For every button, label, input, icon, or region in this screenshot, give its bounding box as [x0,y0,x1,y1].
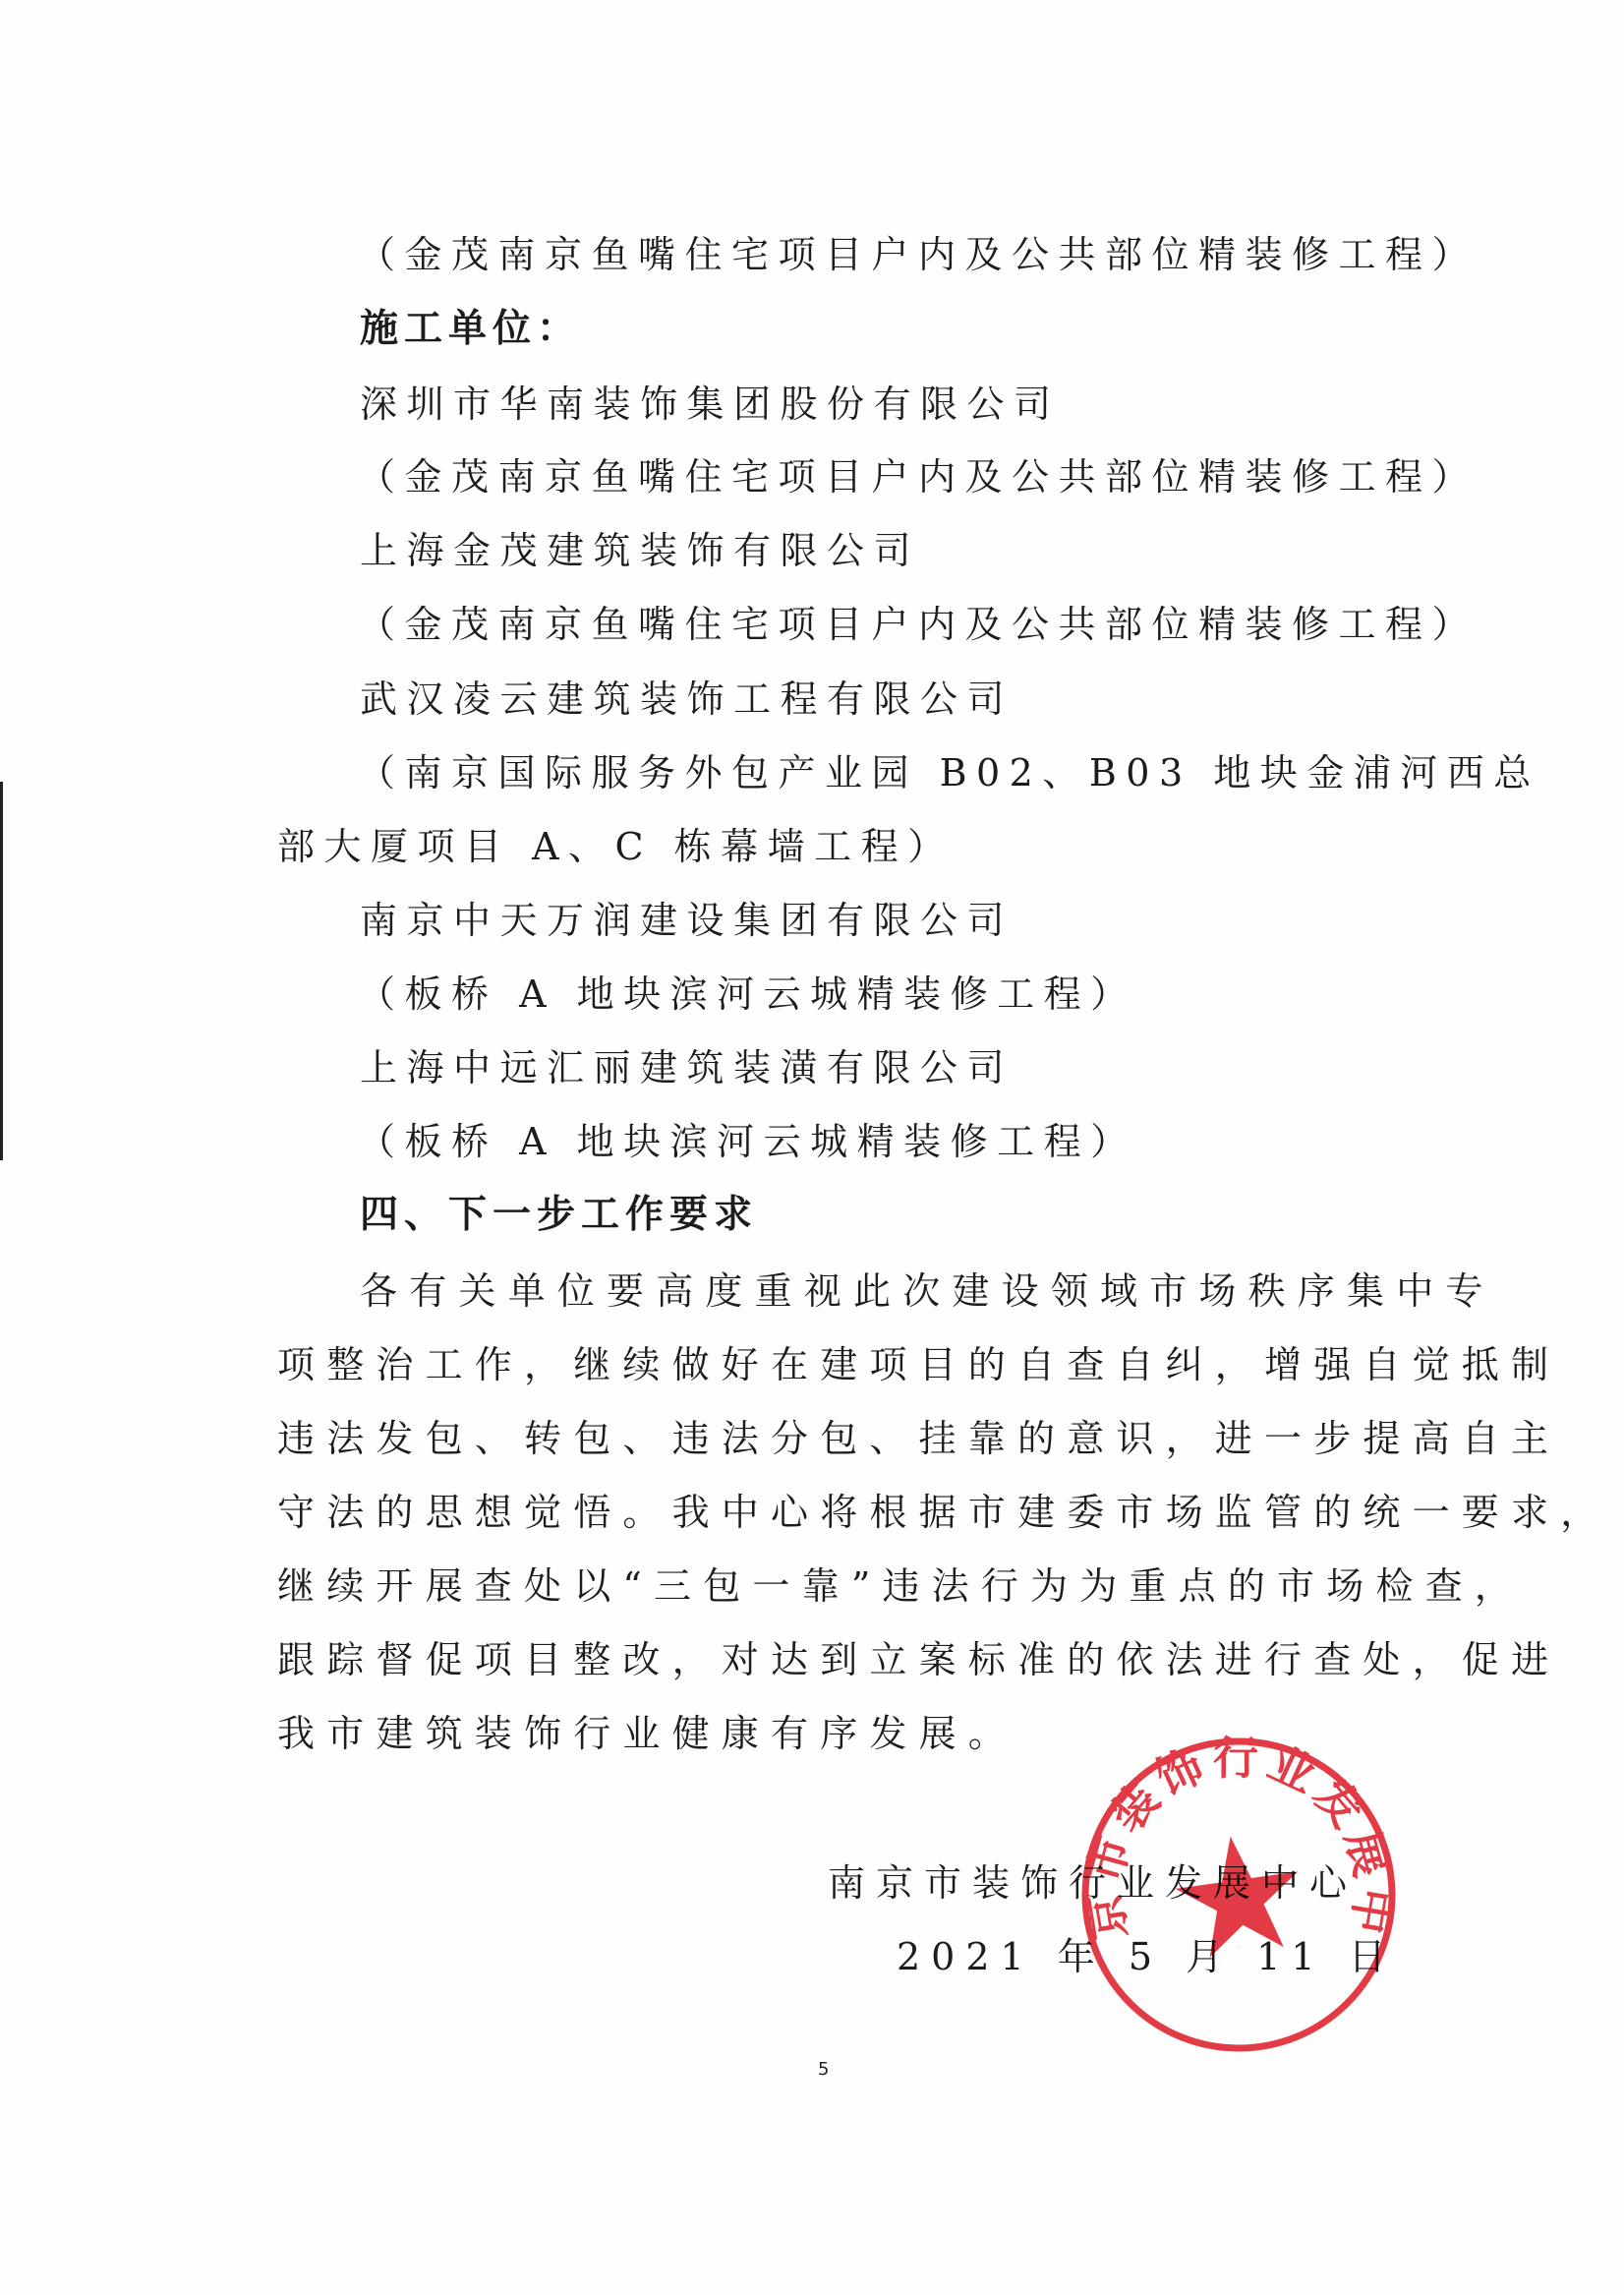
star-icon [1169,1828,1307,1961]
project-line: （金茂南京鱼嘴住宅项目户内及公共部位精装修工程） [358,454,1479,500]
official-seal: 南京市装饰行业发展中心 [1076,1733,1401,2057]
paragraph-line: 各有关单位要高度重视此次建设领域市场秩序集中专 [360,1268,1495,1314]
project-line: （板桥 A 地块滨河云城精装修工程） [358,1119,1137,1164]
paragraph-line: 继续开展查处以“三包一靠”违法行为为重点的市场检查， [277,1563,1524,1609]
paragraph-line: 违法发包、转包、违法分包、挂靠的意识，进一步提高自主 [277,1416,1560,1461]
project-line: （金茂南京鱼嘴住宅项目户内及公共部位精装修工程） [358,602,1479,647]
project-line: （南京国际服务外包产业园 B02、B03 地块金浦河西总 [358,750,1540,795]
section-heading-contractors: 施工单位： [360,307,581,352]
paragraph-line: 项整治工作，继续做好在建项目的自查自纠，增强自觉抵制 [277,1342,1560,1387]
scan-edge-divider [0,782,3,1160]
paragraph-line: 守法的思想觉悟。我中心将根据市建委市场监管的统一要求， [277,1490,1609,1535]
page-number: 5 [818,2059,829,2080]
paragraph-line: 跟踪督促项目整改，对达到立案标准的依法进行查处，促进 [277,1637,1560,1682]
document-page: （金茂南京鱼嘴住宅项目户内及公共部位精装修工程） 施工单位： 深圳市华南装饰集团… [0,0,1624,2295]
section-heading-next-steps: 四、下一步工作要求 [360,1193,758,1238]
paragraph-line: 我市建筑装饰行业健康有序发展。 [277,1711,1017,1756]
project-line-continuation: 部大厦项目 A、C 栋幕墙工程） [277,824,955,869]
company-line: 武汉凌云建筑装饰工程有限公司 [360,677,1014,722]
project-line: （金茂南京鱼嘴住宅项目户内及公共部位精装修工程） [358,232,1479,277]
company-line: 南京中天万润建设集团有限公司 [360,898,1014,943]
company-line: 深圳市华南装饰集团股份有限公司 [360,382,1061,427]
company-line: 上海中远汇丽建筑装潢有限公司 [360,1045,1014,1090]
company-line: 上海金茂建筑装饰有限公司 [360,528,920,573]
project-line: （板桥 A 地块滨河云城精装修工程） [358,971,1137,1017]
